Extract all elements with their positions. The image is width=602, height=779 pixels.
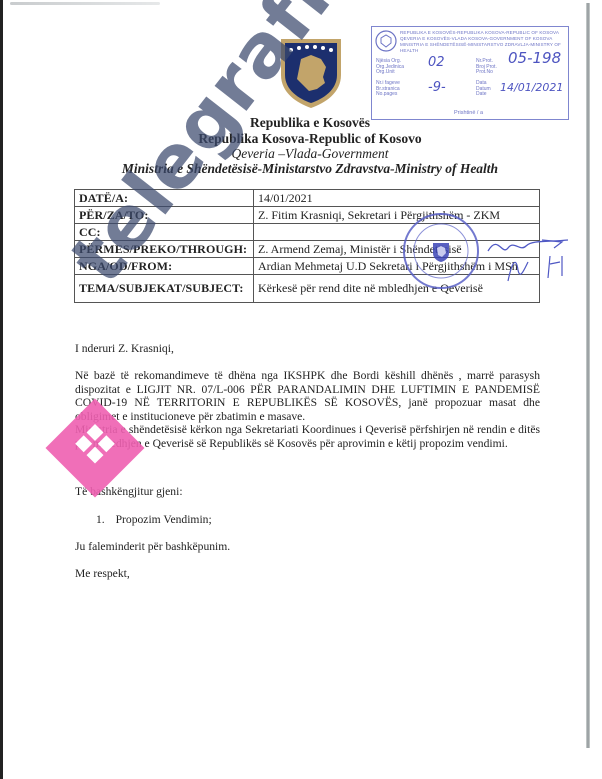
attachment-number: 1. <box>96 513 105 526</box>
pages-value: -9- <box>428 85 446 91</box>
registry-stamp: REPUBLIKA E KOSOVËS-REPUBLIKA KOSOVA-REP… <box>371 26 569 120</box>
attachment-item: 1. Propozim Vendimin; <box>96 513 561 527</box>
page-right-edge <box>586 3 590 748</box>
header-republic-sq: Republika e Kosovës <box>100 115 520 130</box>
protocol-number-value: 05-198 <box>508 56 561 62</box>
closing-line: Me respekt, <box>75 567 540 581</box>
protocol-labels: Nr.Prot. Broj Prot. Prot.No <box>476 59 497 76</box>
page-top-shadow <box>10 2 160 5</box>
stamp-emblem-icon <box>375 30 397 52</box>
pages-labels: Nr.i fageve Br.stranica No.pages <box>376 81 400 98</box>
watermark-logo-icon <box>40 393 150 503</box>
official-round-stamp-icon <box>402 212 480 290</box>
attachment-text: Propozim Vendimin; <box>116 513 212 526</box>
kosovo-coat-of-arms-icon <box>279 37 343 109</box>
header-government: Qeveria –Vlada-Government <box>100 146 520 161</box>
org-unit-labels: Njësia Org. Org.Jedinica Org.Unit <box>376 59 404 76</box>
header-republic-multi: Republika Kosova-Republic of Kosovo <box>100 131 520 146</box>
viewer-left-edge <box>0 0 3 779</box>
salutation: I nderuri Z. Krasniqi, <box>75 342 540 356</box>
thanks-line: Ju faleminderit për bashkëpunim. <box>75 540 540 554</box>
document-page: REPUBLIKA E KOSOVËS-REPUBLIKA KOSOVA-REP… <box>0 0 602 779</box>
org-unit-value: 02 <box>428 60 445 66</box>
stamp-date-value: 14/01/2021 <box>500 85 563 91</box>
header-ministry: Ministria e Shëndetësisë-Ministarstvo Zd… <box>90 161 530 176</box>
memo-row-date: DATË/A:14/01/2021 <box>75 190 540 207</box>
signature-icon <box>478 226 578 286</box>
date-labels: Data Datum Date <box>476 81 491 98</box>
